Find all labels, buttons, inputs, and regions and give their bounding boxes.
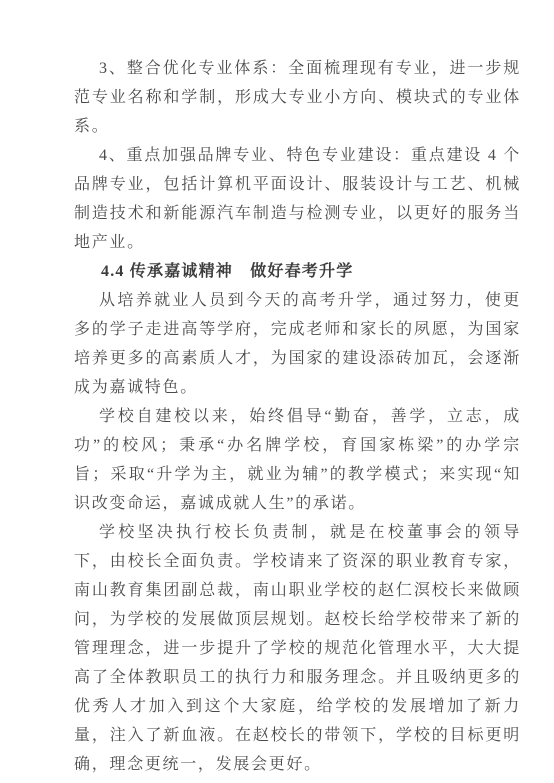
paragraph-optimize-major-system: 3、整合优化专业体系：全面梳理现有专业，进一步规范专业名称和学制，形成大专业小方…	[74, 54, 521, 141]
paragraph-school-motto: 学校自建校以来，始终倡导“勤奋，善学，立志，成功”的校风；秉承“办名牌学校，育国…	[74, 402, 521, 518]
section-heading-4-4: 4.4 传承嘉诚精神 做好春考升学	[74, 257, 521, 286]
document-page: 3、整合优化专业体系：全面梳理现有专业，进一步规范专业名称和学制，形成大专业小方…	[0, 0, 554, 783]
paragraph-principal-responsibility: 学校坚决执行校长负责制，就是在校董事会的领导下，由校长全面负责。学校请来了资深的…	[74, 518, 521, 779]
page-content: 3、整合优化专业体系：全面梳理现有专业，进一步规范专业名称和学制，形成大专业小方…	[74, 54, 521, 779]
paragraph-brand-major-construction: 4、重点加强品牌专业、特色专业建设：重点建设 4 个品牌专业，包括计算机平面设计…	[74, 141, 521, 257]
paragraph-gaokao-upgrade: 从培养就业人员到今天的高考升学，通过努力，使更多的学子走进高等学府，完成老师和家…	[74, 286, 521, 402]
